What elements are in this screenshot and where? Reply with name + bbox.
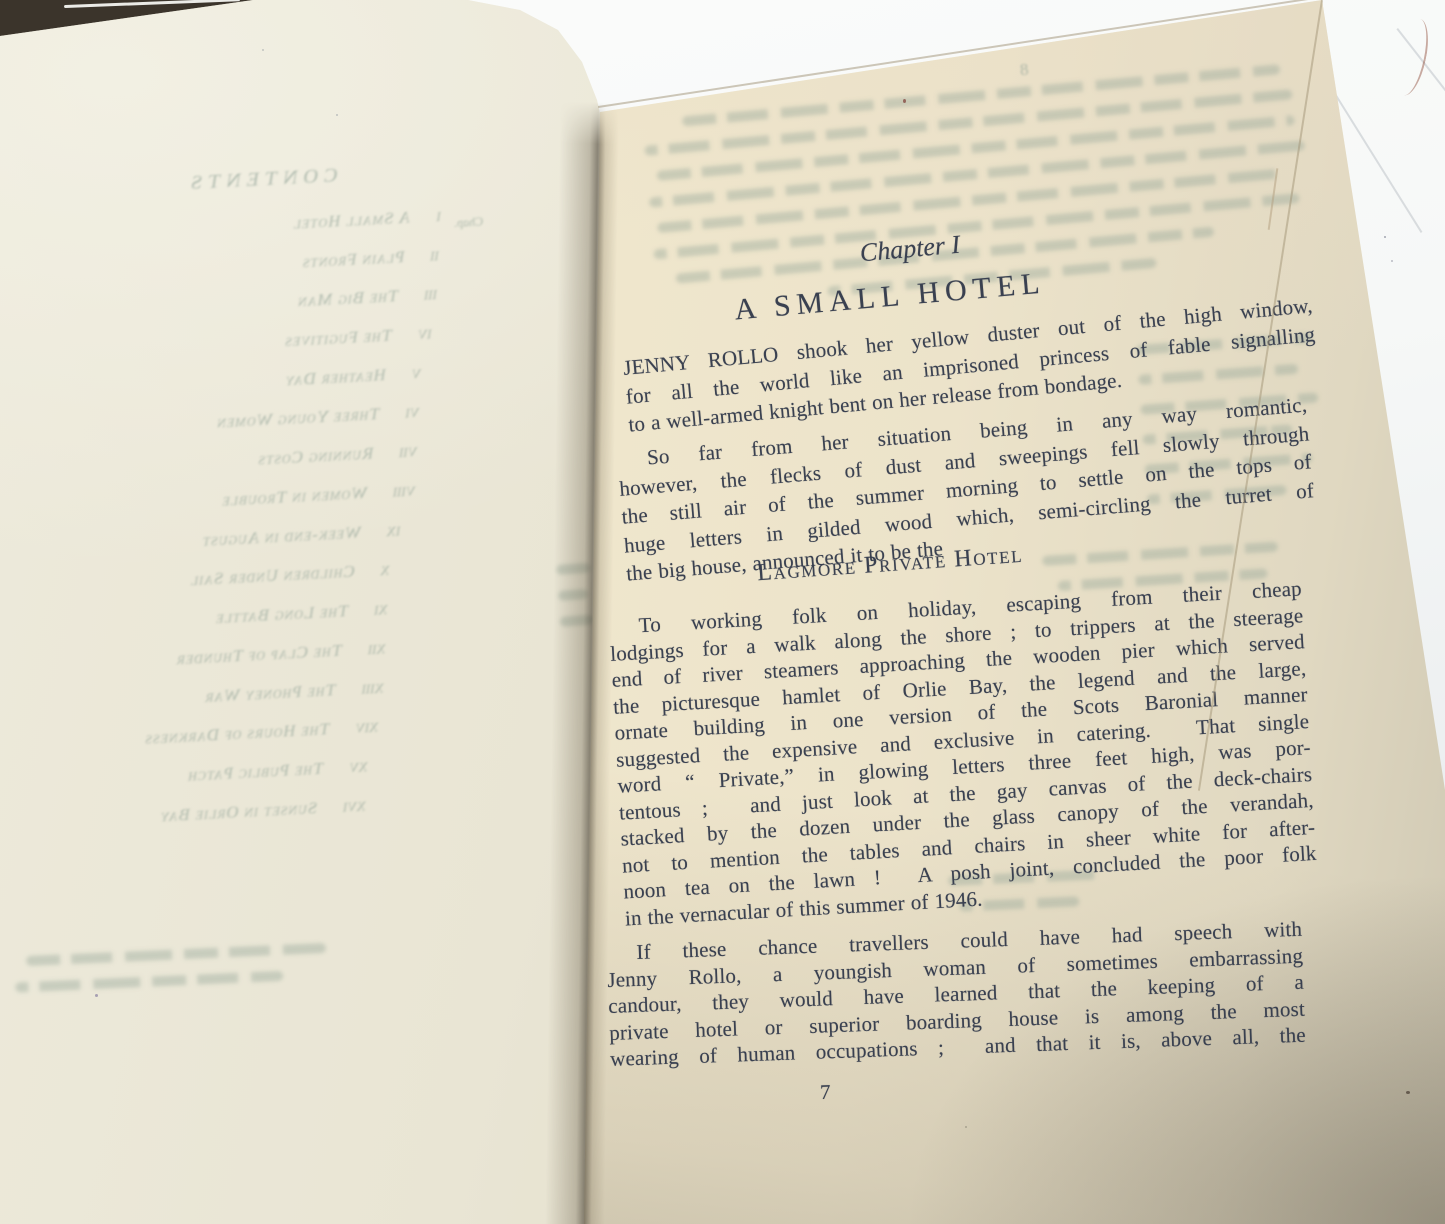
chapter-numeral-ghost: VIII — [392, 482, 446, 501]
chapter-title-ghost: Women in Trouble — [220, 483, 369, 511]
chapter-title-ghost: Running Costs — [256, 444, 375, 470]
chapter-title-ghost: Week-end in August — [200, 522, 362, 551]
contents-ghost-row: XVISunset in Orlie Bay — [0, 794, 397, 836]
chapter-title-ghost: Heather Day — [283, 365, 387, 390]
chapter-title-ghost: Plain Fronts — [300, 247, 406, 273]
chapter-numeral-ghost: III — [423, 285, 477, 304]
chapter-title-ghost: The Clap of Thunder — [174, 640, 343, 669]
chapter-numeral-ghost: VI — [404, 403, 458, 422]
contents-showthrough: CONTENTS Chap. IA Small HotelIIPlain Fro… — [0, 156, 498, 858]
contents-heading-ghost: CONTENTS — [25, 156, 498, 204]
contents-ghost-row: XIVThe Hours of Darkness — [0, 715, 409, 757]
contents-ghost-row: IIIThe Big Man — [6, 282, 478, 324]
contents-ghost-row: VIIIWomen in Trouble — [0, 479, 447, 521]
contents-ghost-row: XIThe Long Battle — [0, 597, 428, 639]
contents-ghost-row: VIThree Young Women — [0, 400, 459, 442]
chapter-numeral-ghost: IX — [385, 521, 439, 540]
contents-ghost-row: VIIRunning Costs — [0, 439, 453, 481]
ghost-line — [26, 943, 326, 966]
gutter-crease — [545, 102, 632, 1224]
chapter-title-ghost: The Long Battle — [214, 601, 350, 628]
chapter-title-ghost: The Public Patch — [186, 759, 325, 786]
dust-speck — [1391, 260, 1393, 262]
paragraph-4: If these chance travellers could have ha… — [606, 916, 1306, 1073]
chapter-numeral-ghost: XII — [367, 639, 421, 658]
imprint-ghost — [26, 942, 340, 1008]
chapter-numeral-ghost: XVI — [342, 797, 396, 816]
chapter-title-ghost: The Big Man — [296, 286, 400, 311]
contents-ghost-row: XVThe Public Patch — [0, 754, 403, 796]
dust-speck — [1406, 1091, 1410, 1094]
chapter-numeral-ghost: XI — [373, 600, 427, 619]
chapter-title-ghost: Three Young Women — [215, 404, 381, 433]
contents-ghost-row: IVThe Fugitives — [0, 321, 471, 363]
dust-speck — [336, 114, 338, 116]
contents-ghost-row: IA Small Hotel — [18, 203, 490, 245]
dust-speck — [903, 99, 906, 103]
contents-ghost-row: XIIIThe Phoney War — [0, 676, 415, 718]
page-number: 7 — [820, 1080, 831, 1105]
contents-column-header-ghost: Chap. — [453, 214, 484, 231]
chapter-numeral-ghost: XIV — [354, 718, 408, 737]
contents-ghost-row: IXWeek-end in August — [0, 518, 440, 560]
chapter-title-ghost: Children Under Sail — [188, 562, 356, 591]
chapter-numeral-ghost: IV — [416, 324, 470, 343]
ghost-line — [15, 971, 283, 993]
dust-speck — [965, 1126, 967, 1128]
chapter-title-ghost: Sunset in Orlie Bay — [158, 798, 319, 826]
contents-ghost-row: IIPlain Fronts — [12, 243, 484, 285]
open-book-photo: CONTENTS Chap. IA Small HotelIIPlain Fro… — [0, 0, 1445, 1224]
dust-speck — [1384, 236, 1386, 238]
chapter-numeral-ghost: II — [429, 246, 483, 265]
ink-speck — [95, 994, 98, 997]
chapter-numeral-ghost: XV — [348, 758, 402, 777]
ghost-page-number: 8 — [1019, 60, 1029, 81]
contents-ghost-row: XChildren Under Sail — [0, 558, 434, 600]
chapter-title-ghost: The Fugitives — [283, 325, 394, 351]
contents-ghost-row: VHeather Day — [0, 361, 465, 403]
chapter-numeral-ghost: XIII — [360, 679, 414, 698]
chapter-numeral-ghost: X — [379, 561, 433, 580]
contents-ghost-row: XIIThe Clap of Thunder — [0, 636, 422, 678]
dust-speck — [262, 49, 264, 51]
contents-list-ghost: IA Small HotelIIPlain FrontsIIIThe Big M… — [0, 203, 490, 835]
chapter-numeral-ghost: V — [410, 364, 464, 383]
chapter-title-ghost: A Small Hotel — [291, 207, 412, 233]
chapter-numeral-ghost: VII — [398, 442, 452, 461]
chapter-title-ghost: The Phoney War — [203, 680, 337, 707]
chapter-title-ghost: The Hours of Darkness — [143, 719, 331, 749]
paragraph-3: To working folk on holiday, escaping fro… — [608, 575, 1319, 931]
